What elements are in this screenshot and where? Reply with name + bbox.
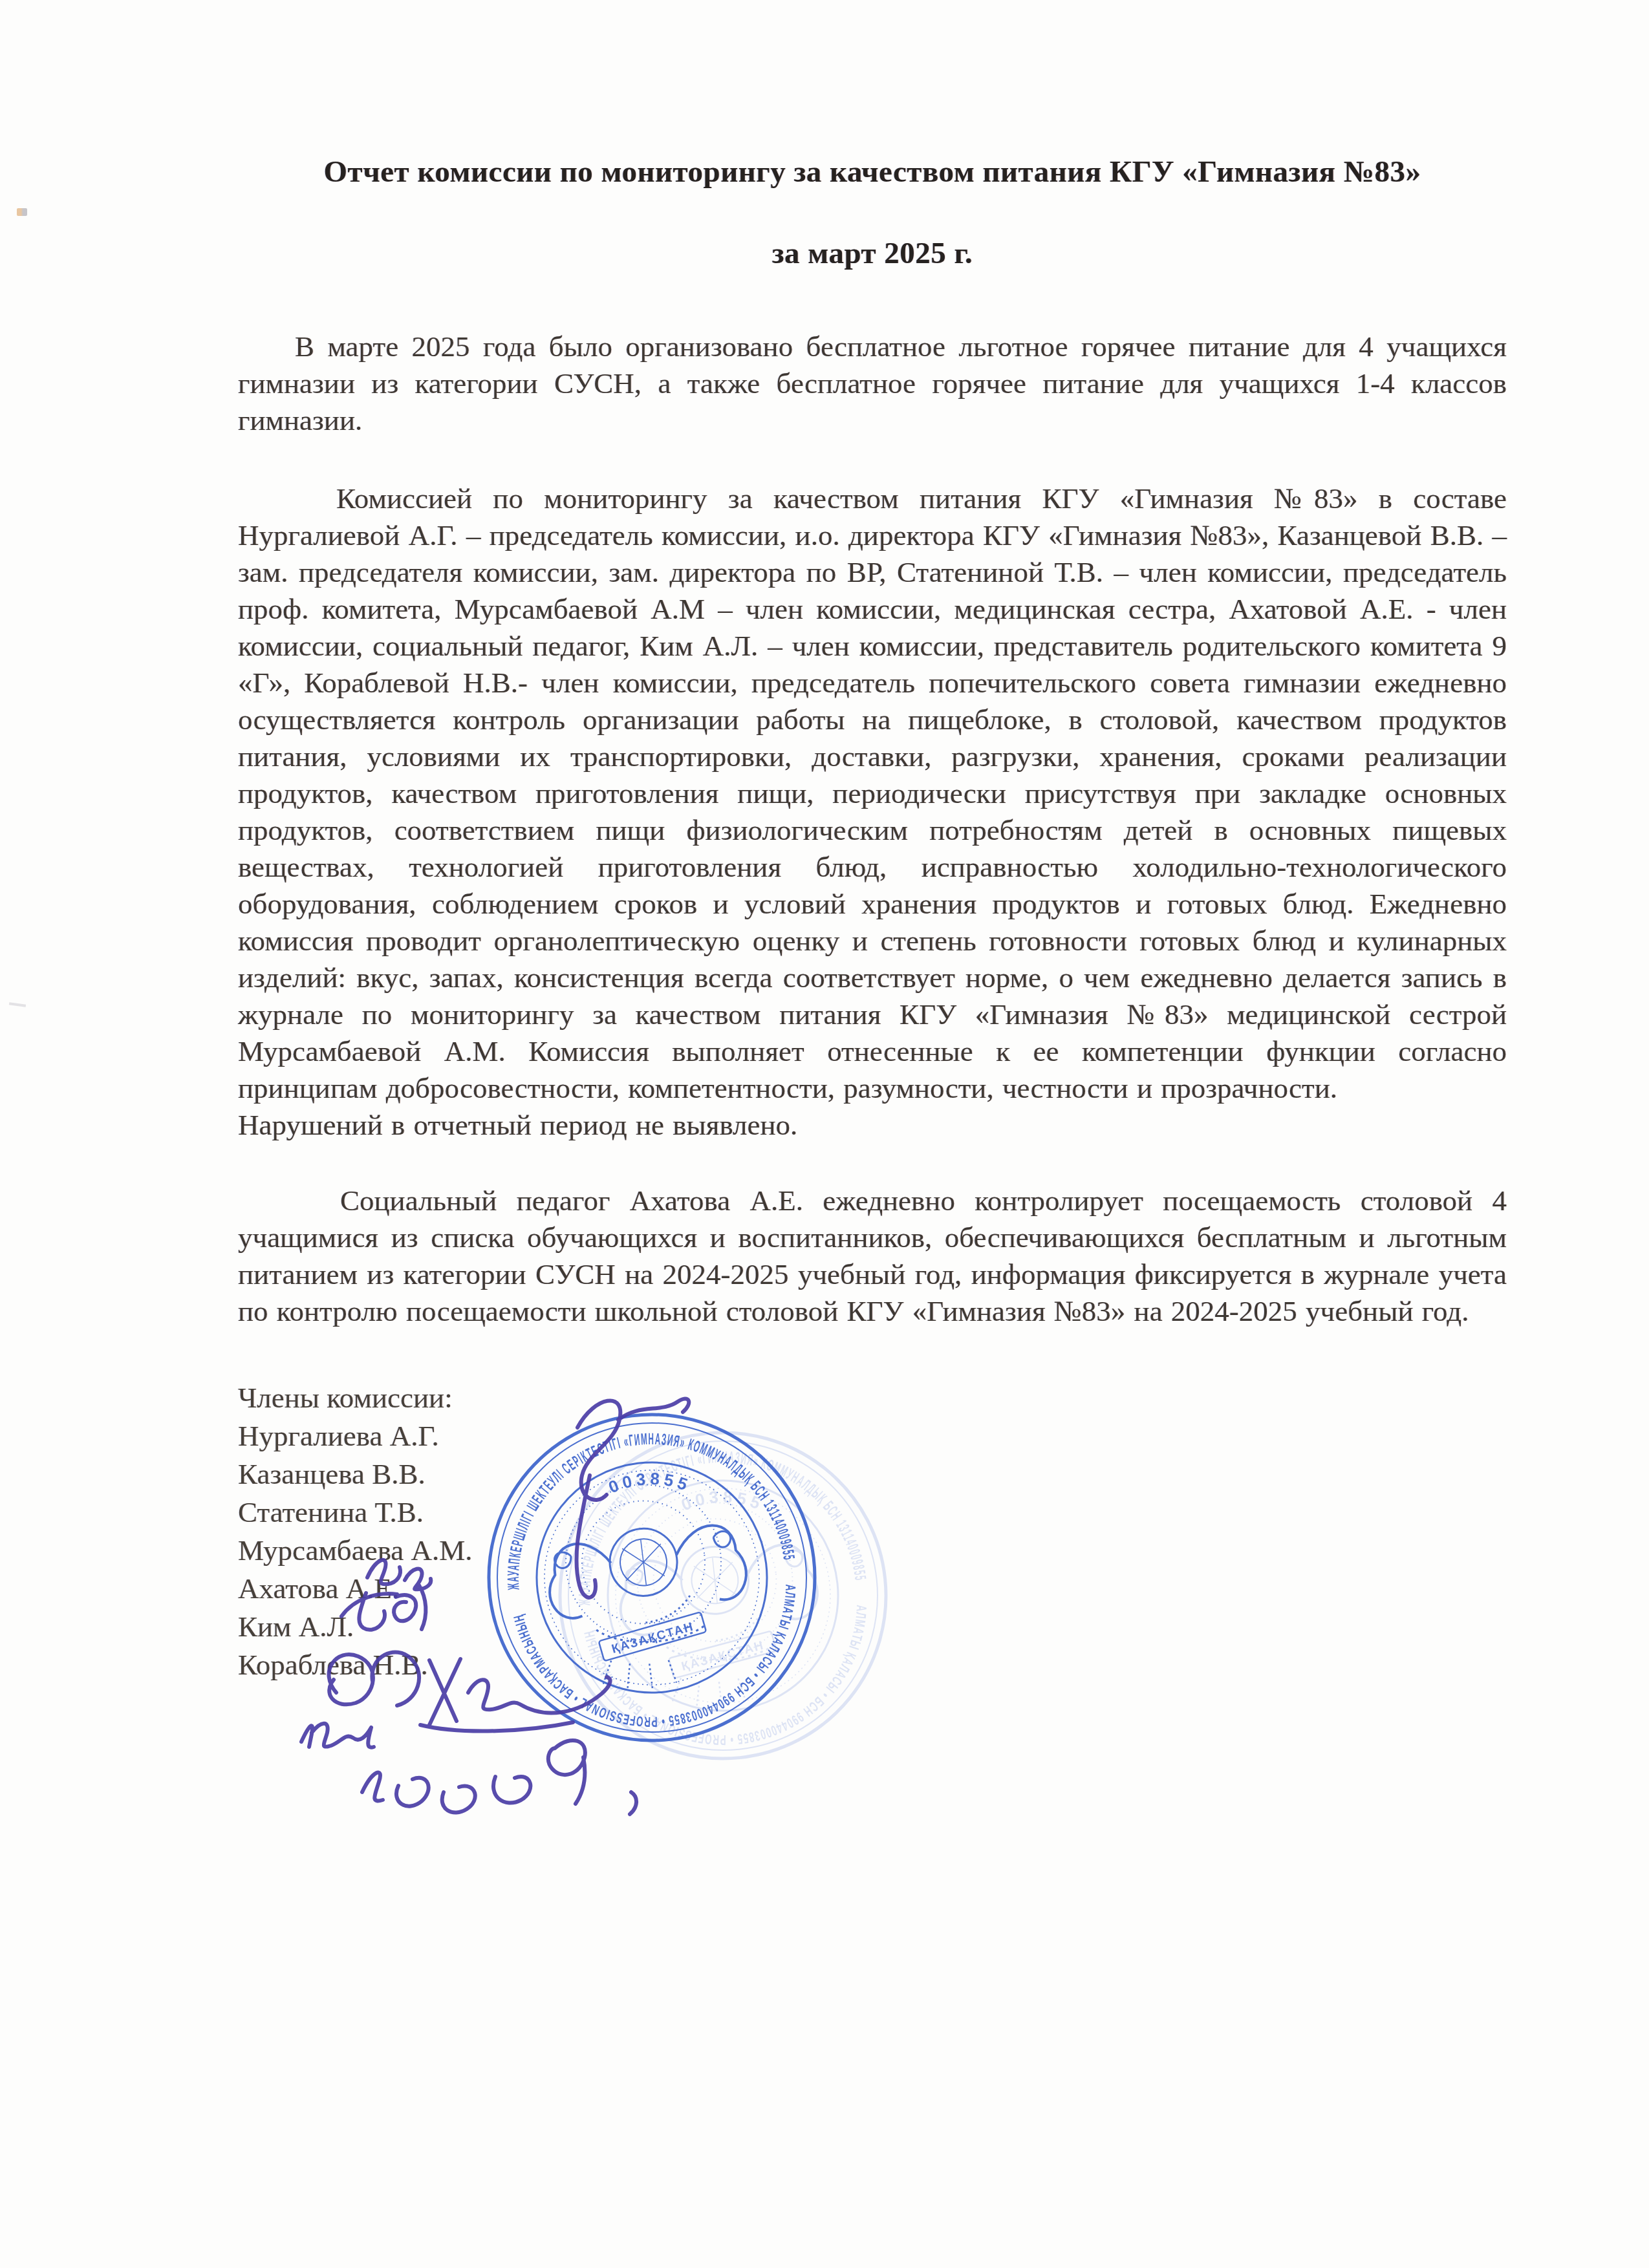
paragraph-free-meals: В марте 2025 года было организовано бесп…	[238, 328, 1507, 439]
report-title-line2: за март 2025 г.	[238, 234, 1507, 273]
member-name-akhatova: Ахатова А.Е.	[238, 1570, 1507, 1608]
members-label: Члены комиссии:	[238, 1379, 1507, 1417]
scan-artifact-dash	[9, 1002, 26, 1007]
paragraph-social-pedagogue: Социальный педагог Ахатова А.Е. ежедневн…	[238, 1182, 1507, 1330]
report-title-line1: Отчет комиссии по мониторингу за качеств…	[238, 153, 1507, 191]
document-body: Отчет комиссии по мониторингу за качеств…	[238, 153, 1507, 1684]
paragraph-commission-monitoring: Комиссией по мониторингу за качеством пи…	[238, 480, 1507, 1107]
member-name-kazantseva: Казанцева В.В.	[238, 1455, 1507, 1493]
paragraph-no-violations: Нарушений в отчетный период не выявлено.	[238, 1107, 1507, 1144]
member-name-korableva: Кораблева Н.В.	[238, 1646, 1507, 1684]
signature-kim	[301, 1724, 374, 1748]
signature-korableva	[362, 1740, 636, 1814]
member-name-mursambaeva: Мурсамбаева А.М.	[238, 1532, 1507, 1570]
member-name-statenina: Статенина Т.В.	[238, 1493, 1507, 1532]
scan-artifact-speck	[17, 208, 27, 216]
document-page: Отчет комиссии по мониторингу за качеств…	[0, 0, 1649, 2268]
member-name-nurgalieva: Нургалиева А.Г.	[238, 1417, 1507, 1455]
commission-members-block: Члены комиссии: Нургалиева А.Г. Казанцев…	[238, 1379, 1507, 1684]
member-name-kim: Ким А.Л.	[238, 1608, 1507, 1646]
